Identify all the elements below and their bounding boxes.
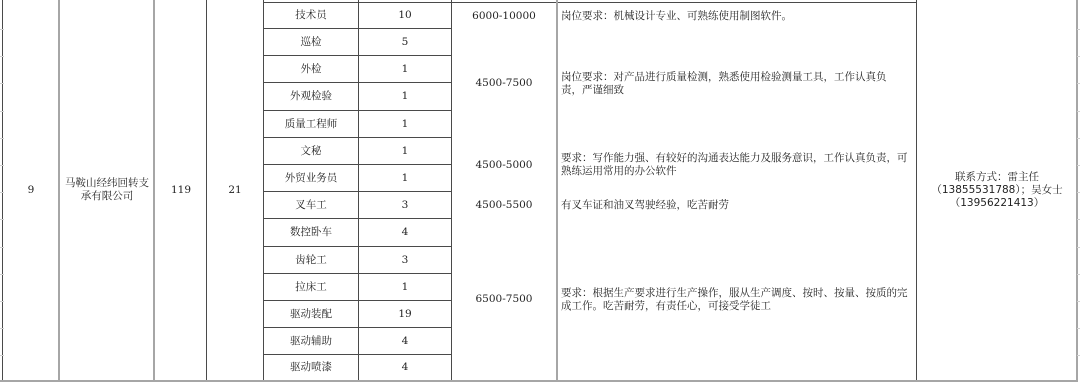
grid-line: [263, 0, 264, 381]
grid-tick: [0, 29, 4, 30]
company-name: 马鞍山经纬回转支承有限公司: [65, 177, 149, 203]
job-listing-table: 9 马鞍山经纬回转支承有限公司 119 21 技术员10巡检5外检1外观检验1质…: [0, 0, 1080, 383]
position-count-cell[interactable]: 10: [359, 2, 451, 29]
position-count: 19: [398, 308, 411, 321]
position-count-cell[interactable]: 3: [359, 192, 451, 219]
requirement-cell[interactable]: 有叉车证和油叉驾驶经验，吃苦耐劳: [558, 192, 916, 220]
position-count-cell[interactable]: 5: [359, 29, 451, 56]
position-count-cell[interactable]: 1: [359, 138, 451, 165]
position-title: 质量工程师: [285, 118, 338, 131]
salary-cell[interactable]: 6000-10000: [451, 2, 557, 30]
salary-range: 4500-5000: [476, 159, 533, 172]
salary-range: 6500-7500: [476, 293, 533, 306]
row-index-cell[interactable]: 9: [3, 0, 59, 380]
row-index: 9: [28, 184, 35, 197]
position-title-cell[interactable]: 驱动喷漆: [264, 355, 358, 380]
position-title: 驱动辅助: [290, 335, 332, 348]
position-count: 5: [402, 36, 409, 49]
position-title-cell[interactable]: 质量工程师: [264, 111, 358, 138]
position-title: 驱动喷漆: [290, 361, 332, 374]
grid-tick: [0, 111, 4, 112]
position-count: 4: [402, 335, 409, 348]
position-title-cell[interactable]: 技术员: [264, 2, 358, 29]
position-title: 巡检: [301, 36, 322, 49]
contact-line: （13956221413）: [950, 197, 1045, 210]
position-count-cell[interactable]: 3: [359, 247, 451, 274]
grid-line: [556, 0, 558, 381]
salary-range: 4500-5500: [476, 199, 533, 212]
grid-line: [2, 0, 3, 381]
position-title: 数控卧车: [290, 226, 332, 239]
salary-cell[interactable]: 4500-5000: [451, 138, 557, 193]
grid-line: [451, 0, 452, 381]
position-title-cell[interactable]: 巡检: [264, 29, 358, 56]
grid-tick: [0, 56, 4, 57]
position-title-cell[interactable]: 数控卧车: [264, 219, 358, 247]
position-title-cell[interactable]: 齿轮工: [264, 247, 358, 274]
grid-line: [1076, 0, 1078, 381]
position-count-cell[interactable]: 4: [359, 219, 451, 247]
contact-line: 联系方式：雷主任: [955, 171, 1039, 184]
grid-tick: [0, 165, 4, 166]
grid-line: [916, 0, 917, 381]
salary-cell[interactable]: 4500-5500: [451, 192, 557, 220]
position-title-cell[interactable]: 叉车工: [264, 192, 358, 219]
grid-tick: [0, 328, 4, 329]
position-title-cell[interactable]: 外观检验: [264, 83, 358, 111]
position-title-cell[interactable]: 外检: [264, 56, 358, 83]
position-count-cell[interactable]: 4: [359, 355, 451, 380]
position-title: 拉床工: [295, 281, 327, 294]
position-title: 外检: [301, 63, 322, 76]
position-count-cell[interactable]: 4: [359, 328, 451, 355]
position-title: 齿轮工: [295, 254, 327, 267]
position-count: 1: [402, 90, 409, 103]
requirement-text: 岗位要求：对产品进行质量检测，熟悉使用检验测量工具，工作认真负责，严谨细致: [561, 71, 896, 97]
position-count: 10: [398, 9, 411, 22]
grid-line: [206, 0, 207, 381]
employee-count-cell[interactable]: 119: [156, 0, 206, 380]
position-title-cell[interactable]: 驱动装配: [264, 301, 358, 328]
grid-line: [358, 0, 359, 381]
position-title-cell[interactable]: 驱动辅助: [264, 328, 358, 355]
position-title: 叉车工: [295, 199, 327, 212]
contact-line: （13855531788）；吴女士: [931, 184, 1062, 197]
salary-cell[interactable]: 6500-7500: [451, 219, 557, 380]
requirement-cell[interactable]: 要求：根据生产要求进行生产操作，服从生产调度、按时、按量、按质的完成工作。吃苦耐…: [558, 219, 916, 380]
position-count-cell[interactable]: 1: [359, 111, 451, 138]
position-count-cell[interactable]: 1: [359, 83, 451, 111]
grid-tick: [0, 138, 4, 139]
requirement-cell[interactable]: 岗位要求：机械设计专业、可熟练使用制图软件。: [558, 2, 916, 30]
position-title: 文秘: [301, 145, 322, 158]
position-count-cell[interactable]: 1: [359, 274, 451, 301]
grid-tick: [0, 301, 4, 302]
position-count: 3: [402, 199, 409, 212]
grid-tick: [0, 83, 4, 84]
contact-cell[interactable]: 联系方式：雷主任 （13855531788）；吴女士 （13956221413）: [917, 0, 1077, 380]
position-title-cell[interactable]: 文秘: [264, 138, 358, 165]
position-count: 1: [402, 118, 409, 131]
grid-line: [0, 380, 1078, 382]
requirement-cell[interactable]: 要求：写作能力强、有较好的沟通表达能力及服务意识，工作认真负责，可熟练运用常用的…: [558, 138, 916, 193]
grid-tick: [0, 192, 4, 193]
grid-line: [153, 0, 155, 381]
requirement-cell[interactable]: 岗位要求：对产品进行质量检测，熟悉使用检验测量工具，工作认真负责，严谨细致: [558, 29, 916, 139]
grid-tick: [0, 247, 4, 248]
grid-tick: [0, 219, 4, 220]
total-openings-cell[interactable]: 21: [207, 0, 263, 380]
position-count: 3: [402, 254, 409, 267]
position-count: 1: [402, 145, 409, 158]
position-count-cell[interactable]: 1: [359, 56, 451, 83]
salary-cell[interactable]: 4500-7500: [451, 29, 557, 139]
grid-line: [58, 0, 60, 381]
position-title-cell[interactable]: 外贸业务员: [264, 165, 358, 192]
requirement-text: 要求：根据生产要求进行生产操作，服从生产调度、按时、按量、按质的完成工作。吃苦耐…: [561, 287, 911, 313]
requirement-text: 有叉车证和油叉驾驶经验，吃苦耐劳: [561, 199, 729, 212]
salary-range: 6000-10000: [472, 10, 536, 23]
position-title: 技术员: [295, 9, 327, 22]
requirement-text: 岗位要求：机械设计专业、可熟练使用制图软件。: [561, 10, 792, 23]
position-count-cell[interactable]: 19: [359, 301, 451, 328]
position-title: 驱动装配: [290, 308, 332, 321]
position-count: 1: [402, 281, 409, 294]
grid-tick: [0, 355, 4, 356]
position-title: 外观检验: [290, 90, 332, 103]
employee-count: 119: [171, 184, 191, 197]
position-count: 1: [402, 63, 409, 76]
position-title: 外贸业务员: [285, 172, 338, 185]
company-name-cell[interactable]: 马鞍山经纬回转支承有限公司: [60, 0, 154, 380]
grid-tick: [0, 274, 4, 275]
salary-range: 4500-7500: [476, 77, 533, 90]
position-count: 1: [402, 172, 409, 185]
position-count: 4: [402, 226, 409, 239]
position-title-cell[interactable]: 拉床工: [264, 274, 358, 301]
position-count: 4: [402, 361, 409, 374]
total-openings: 21: [228, 184, 241, 197]
position-count-cell[interactable]: 1: [359, 165, 451, 192]
requirement-text: 要求：写作能力强、有较好的沟通表达能力及服务意识，工作认真负责，可熟练运用常用的…: [561, 152, 911, 178]
